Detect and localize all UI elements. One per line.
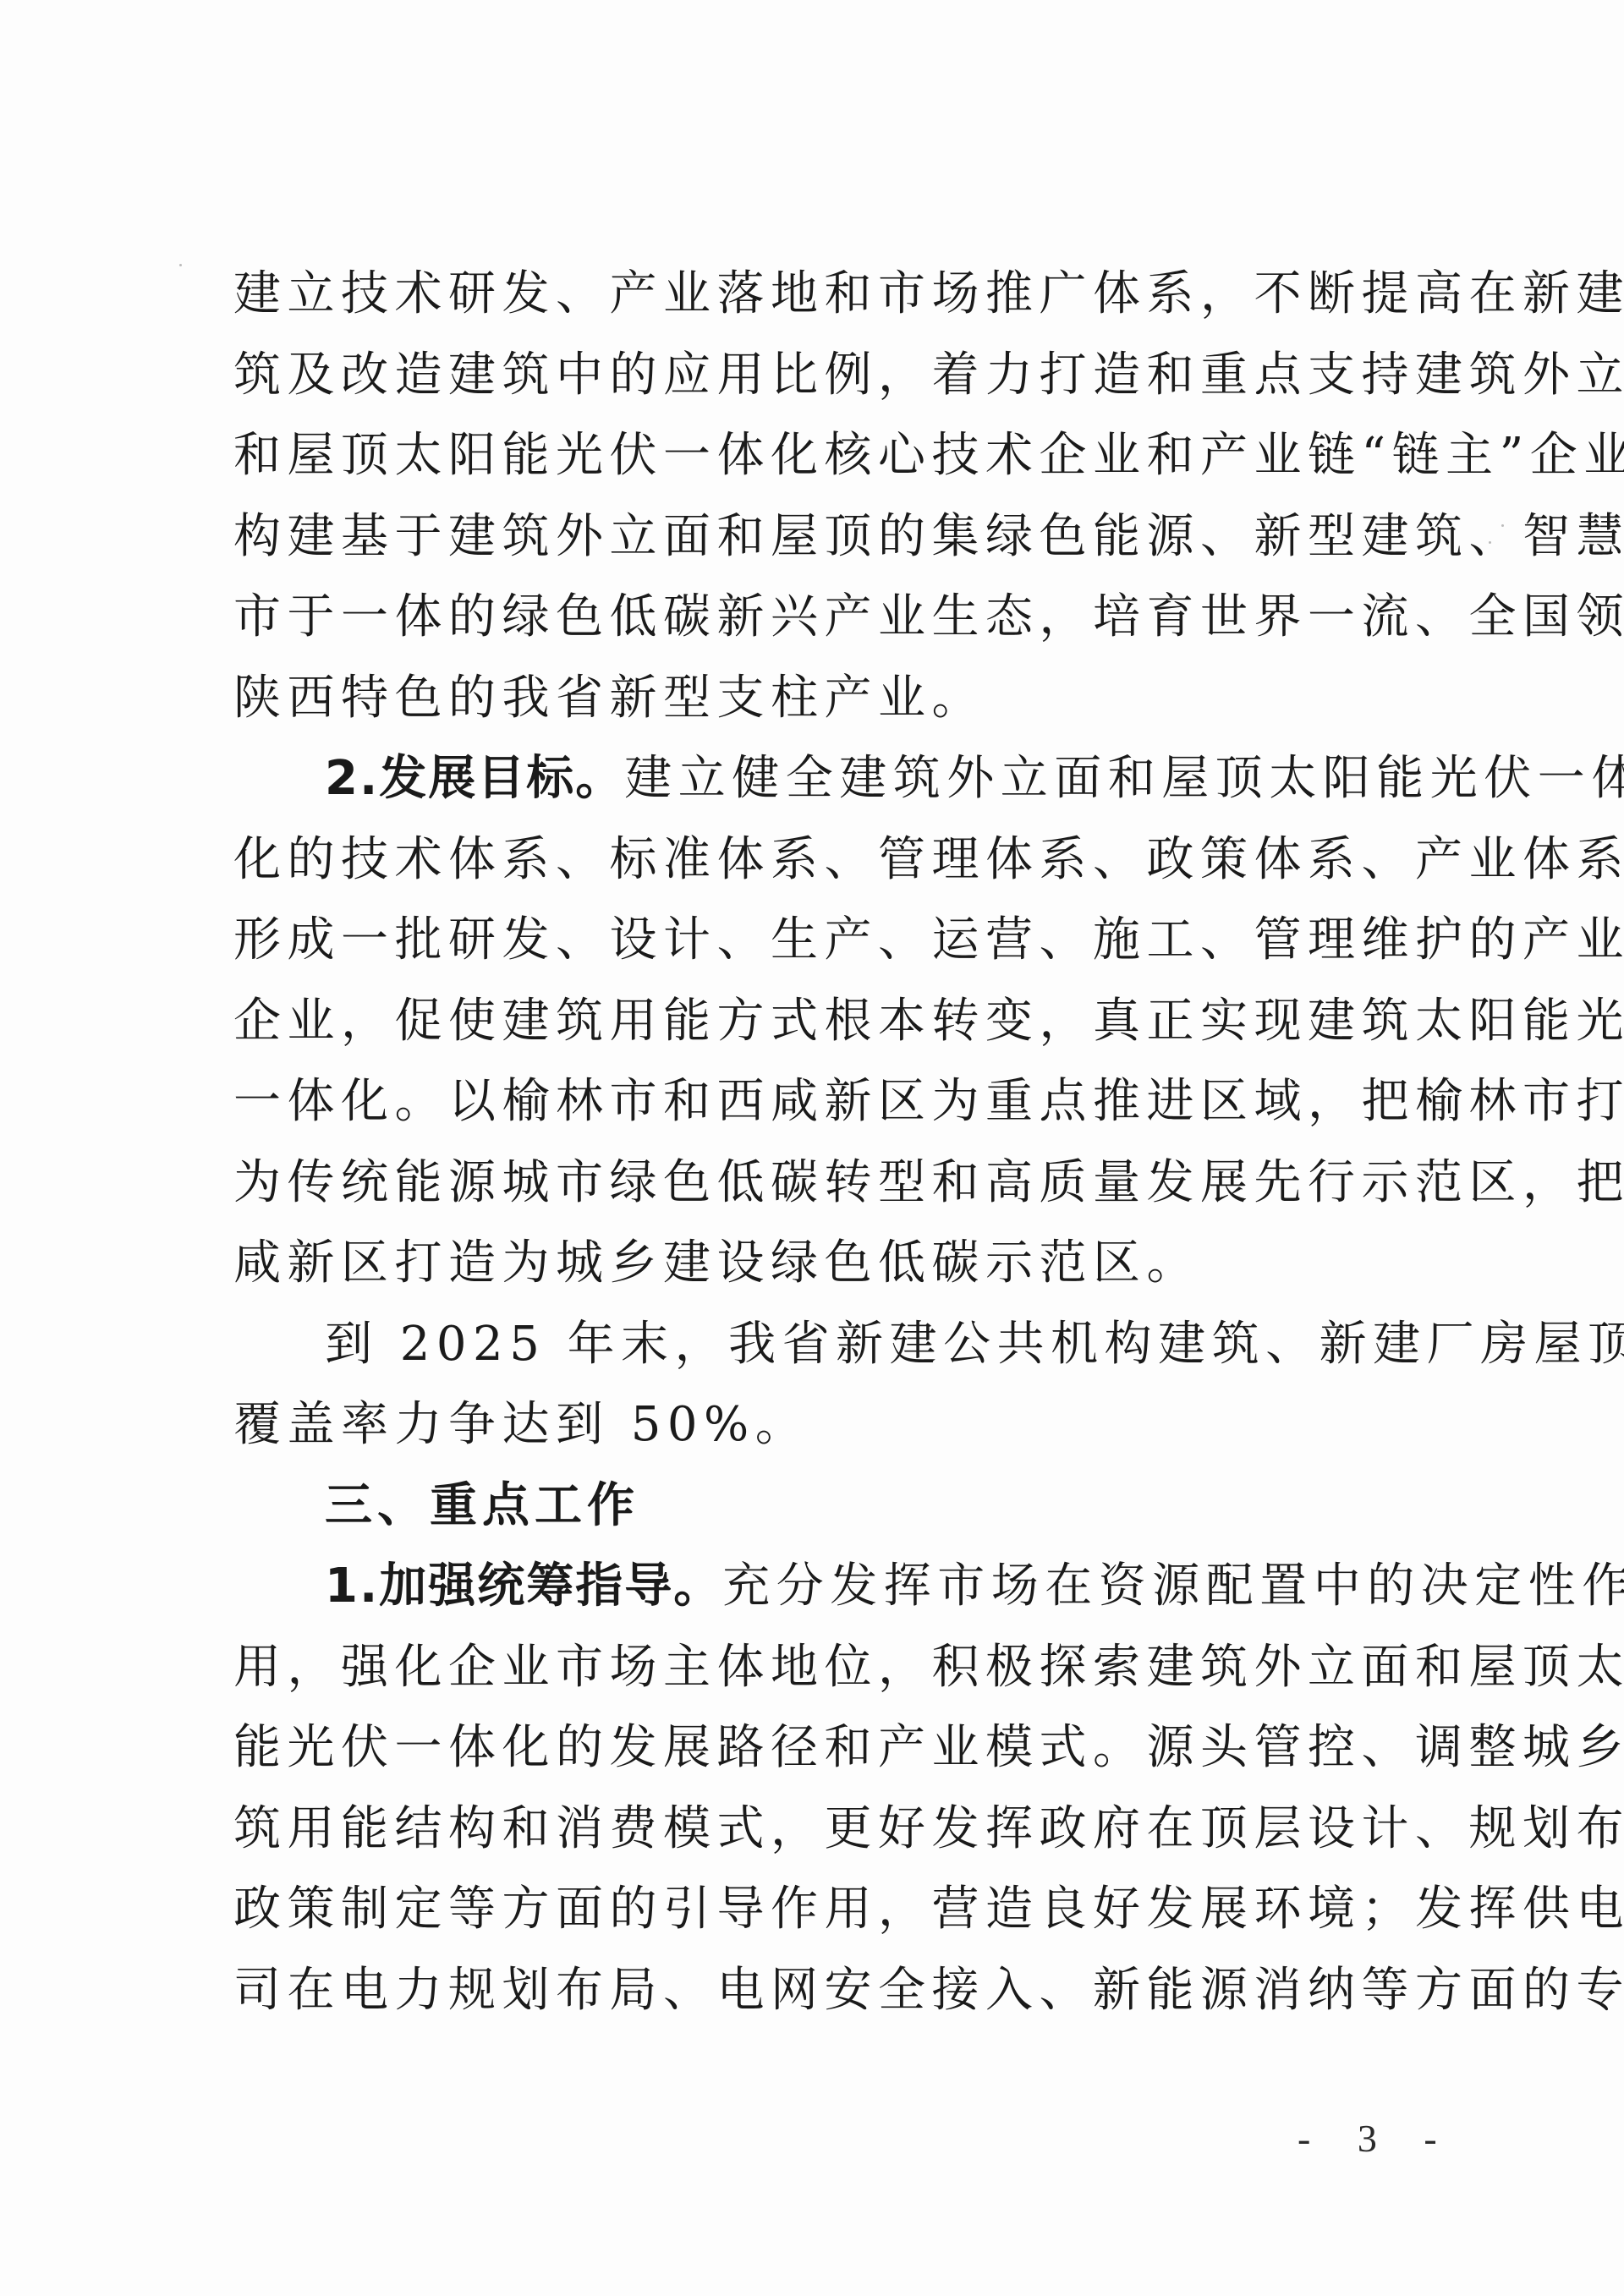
text-line: 市于一体的绿色低碳新兴产业生态，培育世界一流、全国领先、	[233, 577, 1424, 658]
text-line: 覆盖率力争达到 50%。	[233, 1384, 1424, 1466]
text-line: 企业，促使建筑用能方式根本转变，真正实现建筑太阳能光伏	[233, 981, 1424, 1062]
section-heading: 三、重点工作	[233, 1466, 1424, 1547]
text-line: 建立技术研发、产业落地和市场推广体系，不断提高在新建建	[233, 254, 1424, 335]
text-line: 和屋顶太阳能光伏一体化核心技术企业和产业链“链主”企业，	[233, 415, 1424, 496]
text-line: 陕西特色的我省新型支柱产业。	[233, 658, 1424, 739]
paragraph-continuation: 建立技术研发、产业落地和市场推广体系，不断提高在新建建 筑及改造建筑中的应用比例…	[233, 254, 1424, 738]
text-line: 政策制定等方面的引导作用，营造良好发展环境；发挥供电公	[233, 1869, 1424, 1950]
scan-speck	[1501, 524, 1504, 527]
document-page: 建立技术研发、产业落地和市场推广体系，不断提高在新建建 筑及改造建筑中的应用比例…	[0, 0, 1624, 2296]
text-line: 司在电力规划布局、电网安全接入、新能源消纳等方面的专业	[233, 1950, 1424, 2031]
text-line: 筑及改造建筑中的应用比例，着力打造和重点支持建筑外立面	[233, 335, 1424, 416]
text-line: 构建基于建筑外立面和屋顶的集绿色能源、新型建筑、智慧城	[233, 496, 1424, 578]
text-line: 咸新区打造为城乡建设绿色低碳示范区。	[233, 1223, 1424, 1304]
document-body: 建立技术研发、产业落地和市场推广体系，不断提高在新建建 筑及改造建筑中的应用比例…	[233, 254, 1424, 2030]
text-line: 为传统能源城市绿色低碳转型和高质量发展先行示范区，把西	[233, 1143, 1424, 1224]
text-line: 能光伏一体化的发展路径和产业模式。源头管控、调整城乡建	[233, 1707, 1424, 1789]
text-line: 1.加强统筹指导。充分发挥市场在资源配置中的决定性作	[233, 1546, 1424, 1627]
paragraph-development-goals: 2.发展目标。建立健全建筑外立面和屋顶太阳能光伏一体 化的技术体系、标准体系、管…	[233, 738, 1424, 1304]
text-line: 到 2025 年末，我省新建公共机构建筑、新建厂房屋顶光伏	[233, 1304, 1424, 1385]
text-run: 充分发挥市场在资源配置中的决定性作	[722, 1559, 1624, 1614]
scan-speck	[179, 264, 182, 266]
text-line: 一体化。以榆林市和西咸新区为重点推进区域，把榆林市打造	[233, 1061, 1424, 1143]
paragraph-strengthen-coordination: 1.加强统筹指导。充分发挥市场在资源配置中的决定性作 用，强化企业市场主体地位，…	[233, 1546, 1424, 2030]
paragraph-2025-target: 到 2025 年末，我省新建公共机构建筑、新建厂房屋顶光伏 覆盖率力争达到 50…	[233, 1304, 1424, 1466]
paragraph-lead-heading: 2.发展目标。	[325, 751, 624, 806]
page-number: - 3 -	[1298, 2116, 1456, 2161]
text-line: 筑用能结构和消费模式，更好发挥政府在顶层设计、规划布局、	[233, 1789, 1424, 1870]
text-line: 2.发展目标。建立健全建筑外立面和屋顶太阳能光伏一体	[233, 738, 1424, 819]
text-line: 化的技术体系、标准体系、管理体系、政策体系、产业体系，	[233, 819, 1424, 901]
text-line: 形成一批研发、设计、生产、运营、施工、管理维护的产业链	[233, 900, 1424, 981]
text-line: 用，强化企业市场主体地位，积极探索建筑外立面和屋顶太阳	[233, 1627, 1424, 1708]
paragraph-lead-heading: 1.加强统筹指导。	[325, 1559, 722, 1614]
scan-speck	[1489, 541, 1491, 544]
text-run: 建立健全建筑外立面和屋顶太阳能光伏一体	[624, 751, 1624, 806]
